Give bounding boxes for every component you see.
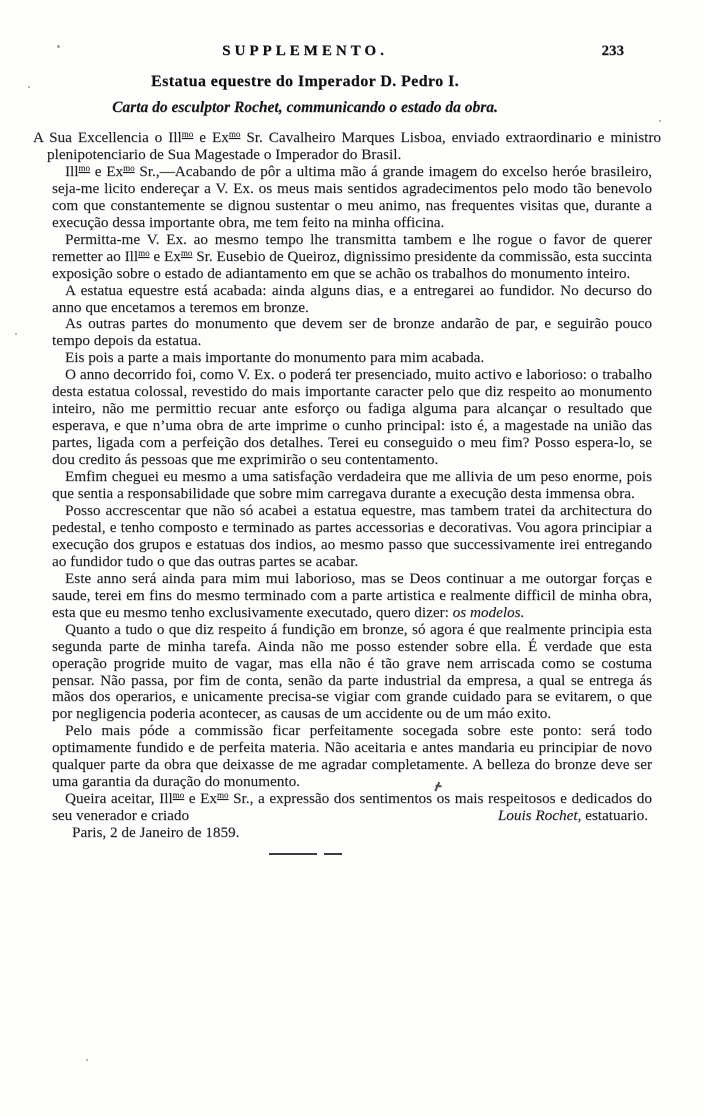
letter-paragraph: Este anno será ainda para mim mui labori… [52, 571, 652, 622]
letter-address: A Sua Excellencia o Illmo e Exmo Sr. Cav… [33, 130, 661, 164]
article-subtitle: Carta do esculptor Rochet, communicando … [0, 99, 704, 117]
signature: Louis Rochet, estatuario. [498, 808, 648, 825]
letter-paragraph: Illmo e Exmo Sr.,—Acabando de pôr a ulti… [52, 164, 652, 232]
letter-closing-row: Queira aceitar, Illmo e Exmo Sr., a expr… [52, 791, 652, 825]
letter-body: A Sua Excellencia o Illmo e Exmo Sr. Cav… [52, 130, 652, 855]
dateline: Paris, 2 de Janeiro de 1859. [52, 825, 652, 842]
letter-paragraph: Quanto a tudo o que diz respeito á fundi… [52, 622, 652, 724]
scanned-page: SUPPLEMENTO. 233 Estatua equestre do Imp… [0, 0, 704, 1116]
letter-paragraph: O anno decorrido foi, como V. Ex. o pode… [52, 367, 652, 469]
letter-paragraph: A estatua equestre está acabada: ainda a… [52, 283, 652, 317]
scan-speck [659, 120, 661, 122]
end-rule-dash [269, 853, 317, 855]
end-rule-dash [324, 853, 342, 855]
letter-paragraph: Posso accrescentar que não só acabei a e… [52, 503, 652, 571]
scan-speck [86, 1059, 88, 1061]
running-header: SUPPLEMENTO. 233 [0, 42, 704, 64]
scan-speck [15, 333, 17, 335]
letter-paragraph: Permitta-me V. Ex. ao mesmo tempo lhe tr… [52, 232, 652, 283]
page-number: 233 [602, 43, 625, 60]
signature-name: Louis Rochet [498, 807, 578, 824]
letter-paragraph: Emfim cheguei eu mesmo a uma satisfação … [52, 469, 652, 503]
letter-paragraphs: Illmo e Exmo Sr.,—Acabando de pôr a ulti… [52, 164, 652, 791]
letter-paragraph: Eis pois a parte a mais importante do mo… [52, 350, 652, 367]
signature-role: , estatuario. [578, 807, 648, 824]
running-header-center: SUPPLEMENTO. [0, 42, 704, 60]
end-rule [52, 853, 652, 855]
letter-paragraph: Pelo mais póde a commissão ficar perfeit… [52, 723, 652, 791]
article-title: Estatua equestre do Imperador D. Pedro I… [0, 73, 704, 91]
journal-title: SUPPLEMENTO. [222, 43, 388, 59]
letter-paragraph: As outras partes do monumento que devem … [52, 316, 652, 350]
